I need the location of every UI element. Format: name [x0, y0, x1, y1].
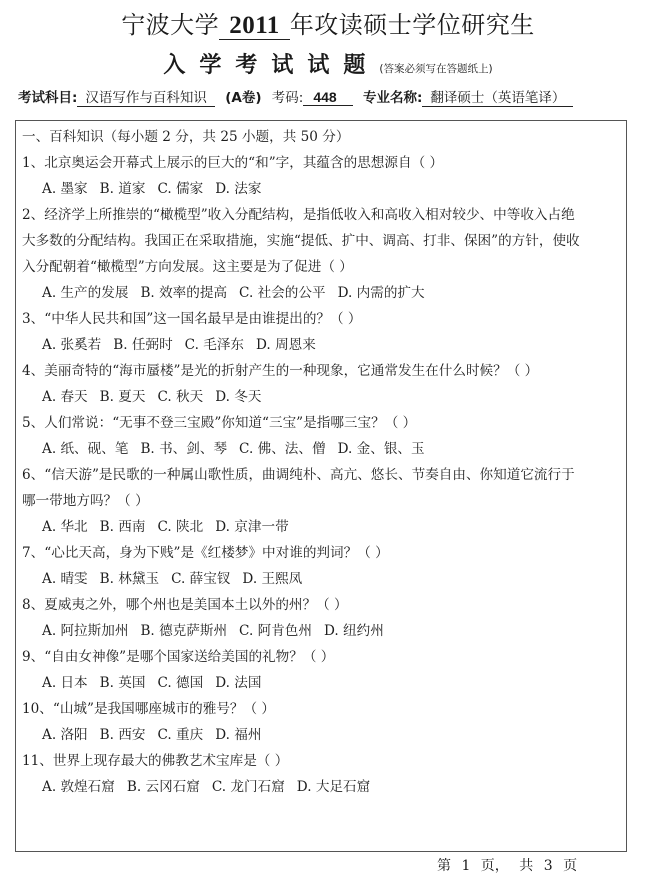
answer-option: C. 龙门石窟 — [212, 779, 285, 795]
answer-option: C. 社会的公平 — [239, 285, 326, 301]
answer-option: B. 英国 — [100, 675, 146, 691]
page-number: 第 1 页， 共 3 页 — [437, 856, 577, 876]
answer-options: A. 春天B. 夏天C. 秋天D. 冬天 — [22, 384, 622, 410]
exam-subtitle: 入学考试试题(答案必须写在答题纸上) — [0, 52, 656, 83]
answer-option: A. 华北 — [42, 519, 88, 535]
answer-options: A. 华北B. 西南C. 陕北D. 京津一带 — [22, 514, 622, 540]
answer-option: C. 儒家 — [157, 181, 203, 197]
subject-label: 考试科目: — [18, 90, 77, 106]
question-text: 3、“中华人民共和国”这一国名最早是由谁提出的？（ ） — [22, 306, 622, 332]
question-item: 10、“山城”是我国哪座城市的雅号？（ ）A. 洛阳B. 西安C. 重庆D. 福… — [22, 696, 622, 748]
answer-options: A. 生产的发展B. 效率的提高C. 社会的公平D. 内需的扩大 — [22, 280, 622, 306]
answer-option: B. 效率的提高 — [140, 285, 227, 301]
question-item: 8、夏威夷之外，哪个州也是美国本土以外的州？（ ）A. 阿拉斯加州B. 德克萨斯… — [22, 592, 622, 644]
question-text: 6、“信天游”是民歌的一种属山歌性质，曲调纯朴、高亢、悠长、节奏自由、你知道它流… — [22, 462, 622, 488]
answer-option: B. 德克萨斯州 — [140, 623, 227, 639]
question-text: 8、夏威夷之外，哪个州也是美国本土以外的州？（ ） — [22, 592, 622, 618]
question-item: 7、“心比天高，身为下贱”是《红楼梦》中对谁的判词？（ ）A. 晴雯B. 林黛玉… — [22, 540, 622, 592]
answer-option: A. 纸、砚、笔 — [42, 441, 128, 457]
paper-version: (A卷) — [225, 90, 261, 106]
question-text: 10、“山城”是我国哪座城市的雅号？（ ） — [22, 696, 622, 722]
question-item: 2、经济学上所推崇的“橄榄型”收入分配结构，是指低收入和高收入相对较少、中等收入… — [22, 202, 622, 306]
answer-options: A. 纸、砚、笔B. 书、剑、琴C. 佛、法、僧D. 金、银、玉 — [22, 436, 622, 462]
question-text: 大多数的分配结构。我国正在采取措施，实施“提低、扩中、调高、打非、保困”的方针，… — [22, 228, 622, 254]
subtitle-text: 入学考试试题 — [163, 53, 379, 78]
question-item: 4、美丽奇特的“海市蜃楼”是光的折射产生的一种现象，它通常发生在什么时候？（ ）… — [22, 358, 622, 410]
answer-options: A. 洛阳B. 西安C. 重庆D. 福州 — [22, 722, 622, 748]
question-item: 6、“信天游”是民歌的一种属山歌性质，曲调纯朴、高亢、悠长、节奏自由、你知道它流… — [22, 462, 622, 540]
major-value: 翻译硕士（英语笔译） — [422, 90, 573, 107]
answer-option: D. 王熙凤 — [242, 571, 302, 587]
question-text: 2、经济学上所推崇的“橄榄型”收入分配结构，是指低收入和高收入相对较少、中等收入… — [22, 202, 622, 228]
question-text: 9、“自由女神像”是哪个国家送给美国的礼物？（ ） — [22, 644, 622, 670]
major-label: 专业名称: — [363, 90, 422, 106]
answer-option: D. 冬天 — [215, 389, 261, 405]
answer-options: A. 墨家B. 道家C. 儒家D. 法家 — [22, 176, 622, 202]
answer-option: B. 西安 — [100, 727, 146, 743]
answer-option: B. 夏天 — [100, 389, 146, 405]
answer-option: D. 周恩来 — [256, 337, 316, 353]
answer-option: D. 大足石窟 — [297, 779, 370, 795]
answer-option: A. 洛阳 — [42, 727, 88, 743]
answer-option: A. 敦煌石窟 — [42, 779, 115, 795]
answer-option: B. 道家 — [100, 181, 146, 197]
title-suffix: 年攻读硕士学位研究生 — [290, 11, 535, 39]
answer-option: C. 德国 — [157, 675, 203, 691]
question-text: 4、美丽奇特的“海市蜃楼”是光的折射产生的一种现象，它通常发生在什么时候？（ ） — [22, 358, 622, 384]
answer-option: D. 金、银、玉 — [338, 441, 425, 457]
answer-option: A. 阿拉斯加州 — [42, 623, 128, 639]
answer-options: A. 日本B. 英国C. 德国D. 法国 — [22, 670, 622, 696]
answer-option: C. 佛、法、僧 — [239, 441, 326, 457]
answer-option: D. 法国 — [215, 675, 261, 691]
answer-option: A. 晴雯 — [42, 571, 88, 587]
code-value: 448 — [303, 89, 352, 106]
answer-option: A. 张奚若 — [42, 337, 101, 353]
question-item: 9、“自由女神像”是哪个国家送给美国的礼物？（ ）A. 日本B. 英国C. 德国… — [22, 644, 622, 696]
answer-option: C. 薛宝钗 — [171, 571, 230, 587]
question-text: 7、“心比天高，身为下贱”是《红楼梦》中对谁的判词？（ ） — [22, 540, 622, 566]
answer-option: D. 法家 — [215, 181, 261, 197]
answer-option: B. 任弼时 — [113, 337, 172, 353]
answer-options: A. 阿拉斯加州B. 德克萨斯州C. 阿肯色州D. 纽约州 — [22, 618, 622, 644]
subject-value: 汉语写作与百科知识 — [77, 90, 215, 107]
answer-option: A. 生产的发展 — [42, 285, 128, 301]
answer-options: A. 晴雯B. 林黛玉C. 薛宝钗D. 王熙凤 — [22, 566, 622, 592]
answer-option: A. 春天 — [42, 389, 88, 405]
answer-option: C. 阿肯色州 — [239, 623, 312, 639]
question-text: 11、世界上现存最大的佛教艺术宝库是（ ） — [22, 748, 622, 774]
question-text: 入分配朝着“橄榄型”方向发展。这主要是为了促进（ ） — [22, 254, 622, 280]
answer-option: D. 纽约州 — [324, 623, 384, 639]
exam-title: 宁波大学2011年攻读硕士学位研究生 — [0, 10, 656, 40]
question-item: 1、北京奥运会开幕式上展示的巨大的“和”字，其蕴含的思想源自（ ）A. 墨家B.… — [22, 150, 622, 202]
question-text: 5、人们常说：“无事不登三宝殿”你知道“三宝”是指哪三宝？（ ） — [22, 410, 622, 436]
answer-option: B. 西南 — [100, 519, 146, 535]
answer-option: A. 日本 — [42, 675, 88, 691]
answer-option: C. 秋天 — [157, 389, 203, 405]
question-content: 一、百科知识（每小题 2 分，共 25 小题，共 50 分） 1、北京奥运会开幕… — [22, 124, 622, 800]
answer-option: B. 云冈石窟 — [127, 779, 200, 795]
answer-options: A. 张奚若B. 任弼时C. 毛泽东D. 周恩来 — [22, 332, 622, 358]
answer-option: B. 林黛玉 — [100, 571, 159, 587]
section-heading: 一、百科知识（每小题 2 分，共 25 小题，共 50 分） — [22, 124, 622, 150]
question-list: 1、北京奥运会开幕式上展示的巨大的“和”字，其蕴含的思想源自（ ）A. 墨家B.… — [22, 150, 622, 800]
question-item: 3、“中华人民共和国”这一国名最早是由谁提出的？（ ）A. 张奚若B. 任弼时C… — [22, 306, 622, 358]
university-name: 宁波大学 — [121, 11, 219, 39]
question-text: 哪一带地方吗？（ ） — [22, 488, 622, 514]
answer-sheet-note: (答案必须写在答题纸上) — [379, 63, 492, 75]
exam-year: 2011 — [219, 13, 290, 40]
answer-option: C. 毛泽东 — [185, 337, 244, 353]
answer-option: D. 内需的扩大 — [338, 285, 425, 301]
code-label: 考码: — [272, 90, 304, 106]
exam-info-row: 考试科目:汉语写作与百科知识 (A卷) 考码:448 专业名称:翻译硕士（英语笔… — [18, 88, 648, 107]
answer-option: C. 陕北 — [157, 519, 203, 535]
answer-option: C. 重庆 — [157, 727, 203, 743]
answer-option: D. 京津一带 — [215, 519, 288, 535]
question-text: 1、北京奥运会开幕式上展示的巨大的“和”字，其蕴含的思想源自（ ） — [22, 150, 622, 176]
answer-option: B. 书、剑、琴 — [140, 441, 227, 457]
question-item: 5、人们常说：“无事不登三宝殿”你知道“三宝”是指哪三宝？（ ）A. 纸、砚、笔… — [22, 410, 622, 462]
answer-option: A. 墨家 — [42, 181, 88, 197]
question-item: 11、世界上现存最大的佛教艺术宝库是（ ）A. 敦煌石窟B. 云冈石窟C. 龙门… — [22, 748, 622, 800]
answer-options: A. 敦煌石窟B. 云冈石窟C. 龙门石窟D. 大足石窟 — [22, 774, 622, 800]
answer-option: D. 福州 — [215, 727, 261, 743]
